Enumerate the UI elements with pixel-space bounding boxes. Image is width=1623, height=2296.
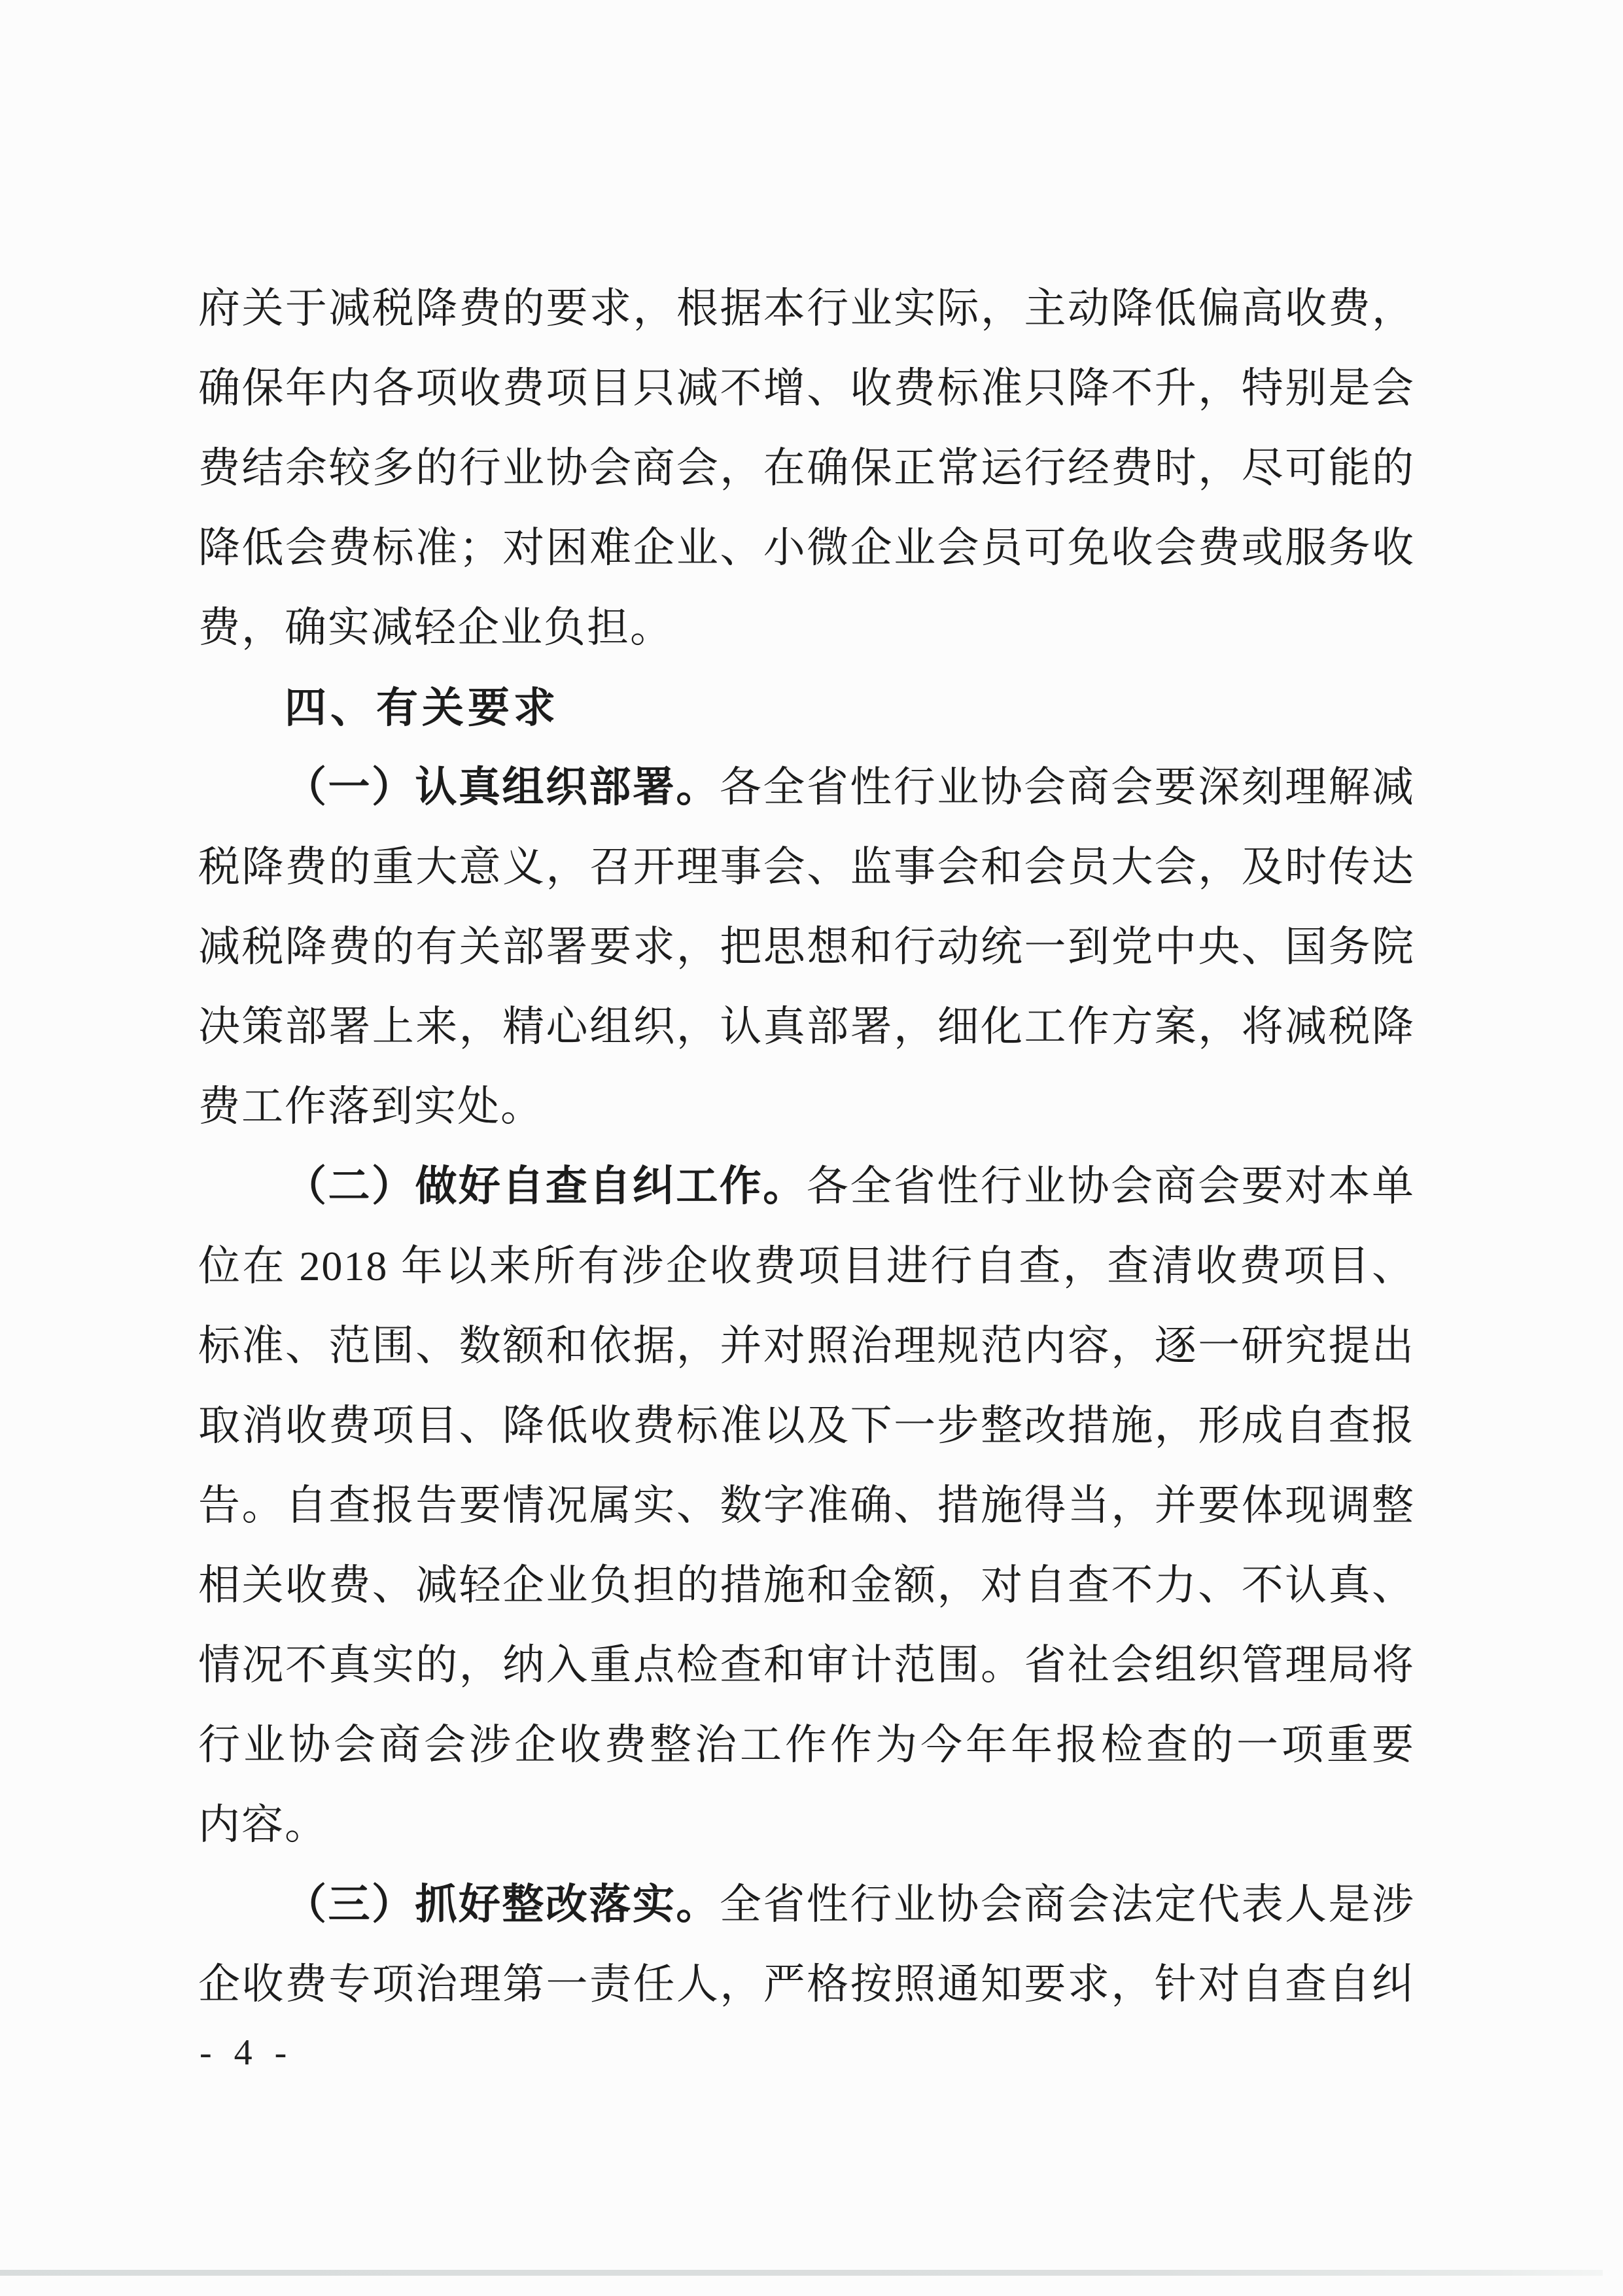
line-text: 相关收费、减轻企业负担的措施和金额，对自查不力、不认真、 [198, 1562, 1415, 1609]
line-text: 费，确实减轻企业负担。 [198, 604, 673, 651]
text-line: 税降费的重大意义，召开理事会、监事会和会员大会，及时传达 [198, 827, 1415, 907]
text-line: 费结余较多的行业协会商会，在确保正常运行经费时，尽可能的 [198, 428, 1415, 508]
text-line: （一）认真组织部署。各全省性行业协会商会要深刻理解减 [198, 748, 1415, 827]
line-text: 减税降费的有关部署要求，把思想和行动统一到党中央、国务院 [198, 924, 1415, 970]
text-line: 相关收费、减轻企业负担的措施和金额，对自查不力、不认真、 [198, 1546, 1415, 1626]
line-text: 情况不真实的，纳入重点检查和审计范围。省社会组织管理局将 [198, 1642, 1415, 1688]
line-text: 位在 2018 年以来所有涉企收费项目进行自查，查清收费项目、 [198, 1243, 1415, 1289]
line-text: 各全省性行业协会商会要深刻理解减 [720, 764, 1415, 810]
line-text: 标准、范围、数额和依据，并对照治理规范内容，逐一研究提出 [198, 1323, 1415, 1369]
text-line: 标准、范围、数额和依据，并对照治理规范内容，逐一研究提出 [198, 1306, 1415, 1386]
text-line: 企收费专项治理第一责任人，严格按照通知要求，针对自查自纠 [198, 1945, 1415, 2025]
text-line: 位在 2018 年以来所有涉企收费项目进行自查，查清收费项目、 [198, 1226, 1415, 1306]
text-line: （三）抓好整改落实。全省性行业协会商会法定代表人是涉 [198, 1865, 1415, 1945]
line-text: 各全省性行业协会商会要对本单 [807, 1163, 1415, 1209]
line-text: 告。自查报告要情况属实、数字准确、措施得当，并要体现调整 [198, 1482, 1415, 1529]
text-line: 决策部署上来，精心组织，认真部署，细化工作方案，将减税降 [198, 987, 1415, 1067]
line-text: 企收费专项治理第一责任人，严格按照通知要求，针对自查自纠 [198, 1961, 1415, 2008]
text-line: 府关于减税降费的要求，根据本行业实际，主动降低偏高收费， [198, 269, 1415, 349]
line-text: 费结余较多的行业协会商会，在确保正常运行经费时，尽可能的 [198, 445, 1415, 491]
line-text: 行业协会商会涉企收费整治工作作为今年年报检查的一项重要 [198, 1722, 1415, 1768]
text-line: 费工作落到实处。 [198, 1067, 1415, 1147]
text-line: 费，确实减轻企业负担。 [198, 588, 1415, 668]
text-line: （二）做好自查自纠工作。各全省性行业协会商会要对本单 [198, 1147, 1415, 1226]
text-line: 取消收费项目、降低收费标准以及下一步整改措施，形成自查报 [198, 1386, 1415, 1466]
line-text: 取消收费项目、降低收费标准以及下一步整改措施，形成自查报 [198, 1402, 1415, 1449]
text-line: 情况不真实的，纳入重点检查和审计范围。省社会组织管理局将 [198, 1626, 1415, 1705]
line-text: 费工作落到实处。 [198, 1083, 544, 1130]
heading-text: 四、有关要求 [285, 684, 559, 731]
text-line: 降低会费标准；对困难企业、小微企业会员可免收会费或服务收 [198, 508, 1415, 588]
paragraph-lead-bold: （三）抓好整改落实。 [285, 1881, 720, 1928]
line-text: 降低会费标准；对困难企业、小微企业会员可免收会费或服务收 [198, 525, 1415, 571]
text-line: 告。自查报告要情况属实、数字准确、措施得当，并要体现调整 [198, 1466, 1415, 1546]
paragraph-lead-bold: （一）认真组织部署。 [285, 764, 720, 810]
paragraph-lead-bold: （二）做好自查自纠工作。 [285, 1163, 807, 1209]
section-heading: 四、有关要求 [198, 668, 1415, 748]
line-text: 决策部署上来，精心组织，认真部署，细化工作方案，将减税降 [198, 1003, 1415, 1050]
text-line: 行业协会商会涉企收费整治工作作为今年年报检查的一项重要 [198, 1705, 1415, 1785]
line-text: 税降费的重大意义，召开理事会、监事会和会员大会，及时传达 [198, 844, 1415, 890]
document-body: 府关于减税降费的要求，根据本行业实际，主动降低偏高收费， 确保年内各项收费项目只… [198, 269, 1415, 2025]
line-text: 确保年内各项收费项目只减不增、收费标准只降不升，特别是会 [198, 365, 1415, 411]
text-line: 内容。 [198, 1785, 1415, 1865]
line-text: 内容。 [198, 1801, 328, 1848]
line-text: 府关于减税降费的要求，根据本行业实际，主动降低偏高收费， [198, 285, 1415, 332]
text-line: 减税降费的有关部署要求，把思想和行动统一到党中央、国务院 [198, 907, 1415, 987]
scan-artifact-line [0, 2270, 1603, 2276]
text-line: 确保年内各项收费项目只减不增、收费标准只降不升，特别是会 [198, 349, 1415, 428]
page-number: - 4 - [200, 2026, 293, 2079]
document-page: 府关于减税降费的要求，根据本行业实际，主动降低偏高收费， 确保年内各项收费项目只… [0, 0, 1623, 2296]
line-text: 全省性行业协会商会法定代表人是涉 [720, 1881, 1415, 1928]
